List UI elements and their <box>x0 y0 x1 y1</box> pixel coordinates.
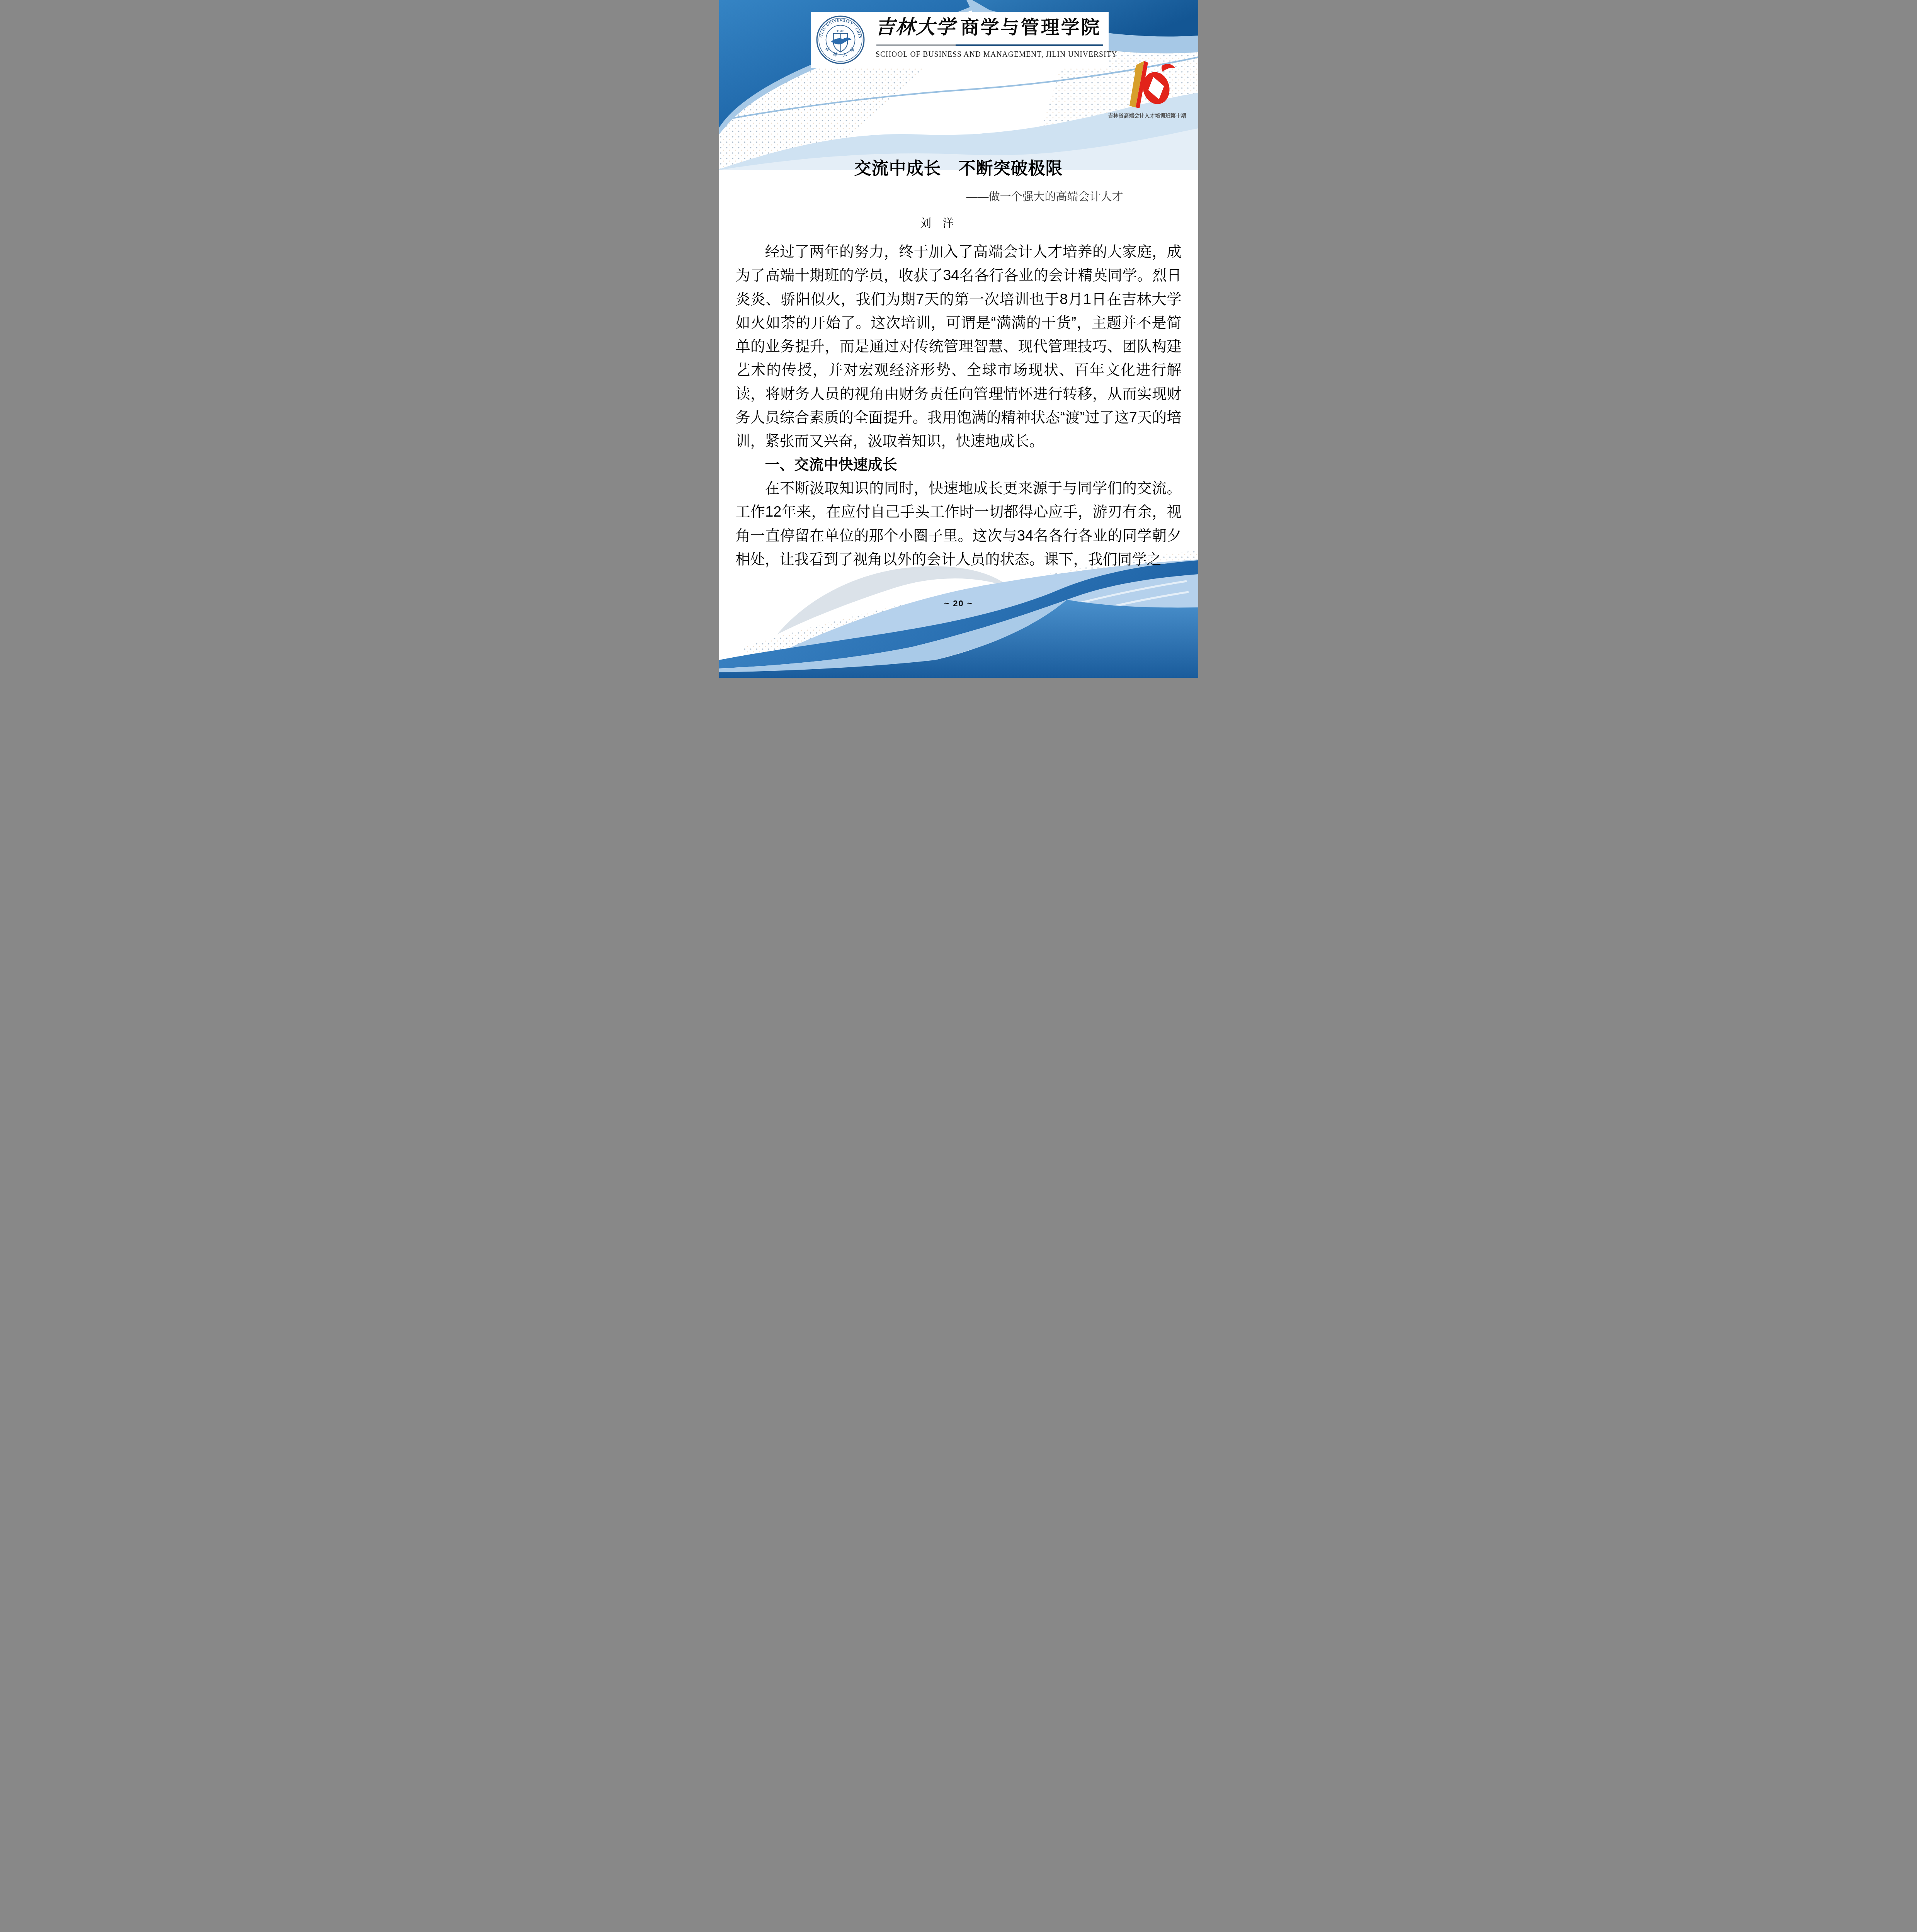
article-subtitle: ——做一个强大的高端会计人才 <box>719 188 1198 204</box>
seal-year: 1946 <box>836 29 844 33</box>
school-name-cn: 商学与管理学院 <box>961 16 1101 40</box>
page-number: ~ 20 ~ <box>719 599 1198 609</box>
brand-divider <box>876 44 1104 46</box>
paragraph-1: 经过了两年的努力，终于加入了高端会计人才培养的大家庭，成为了高端十期班的学员，收… <box>736 240 1182 454</box>
badge-caption: 吉林省高端会计人才培训班第十期 <box>1102 111 1192 119</box>
section-1-heading: 一、交流中快速成长 <box>736 453 1182 477</box>
university-seal: JILIN UNIVERSITY · CHINA 吉 林 大 学 1946 <box>815 15 866 65</box>
school-name-en: SCHOOL OF BUSINESS AND MANAGEMENT, JILIN… <box>876 49 1101 59</box>
document-page: JILIN UNIVERSITY · CHINA 吉 林 大 学 1946 吉林… <box>719 0 1198 678</box>
paragraph-2: 在不断汲取知识的同时，快速地成长更来源于与同学们的交流。工作12年来，在应付自己… <box>736 477 1182 571</box>
university-name-cn: 吉林大学 <box>876 15 956 39</box>
university-logo-box: JILIN UNIVERSITY · CHINA 吉 林 大 学 1946 吉林… <box>811 12 1109 68</box>
article-title: 交流中成长 不断突破极限 <box>719 155 1198 179</box>
article-author: 刘 洋 <box>719 215 1177 231</box>
badge-10-logo <box>1116 58 1176 112</box>
